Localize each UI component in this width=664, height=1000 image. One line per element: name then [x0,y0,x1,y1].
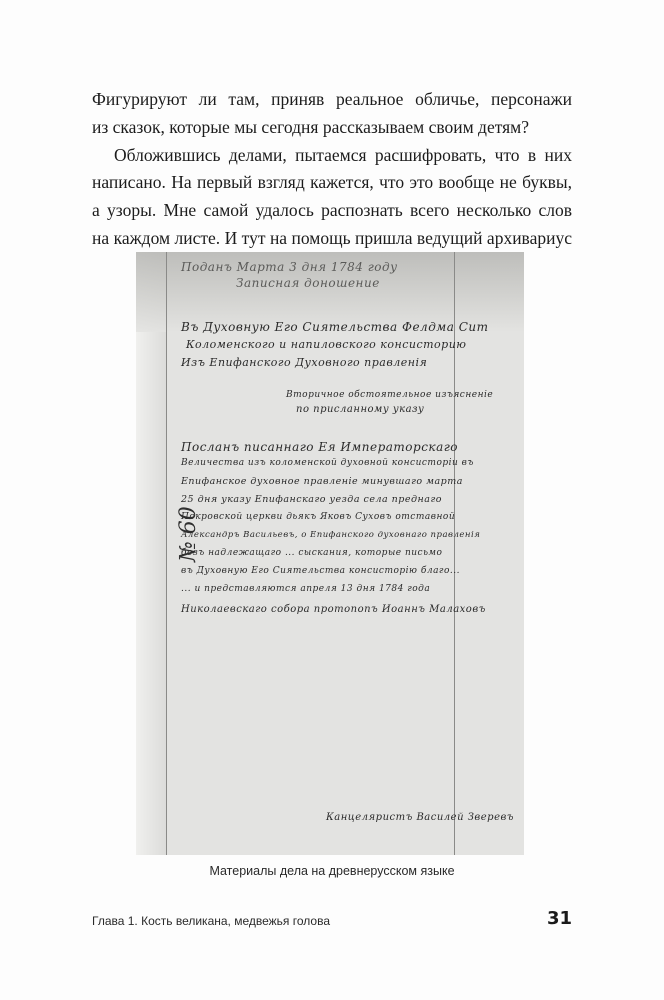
text-line: а узоры. Мне самой удалось распознать вс… [92,197,572,225]
manuscript-line: безъ надлежащаго ... сыскания, которые п… [181,548,442,558]
paper-edge [136,252,166,855]
text-line: Фигурируют ли там, приняв реальное облич… [92,86,572,114]
text-line: из сказок, которые мы сегодня рассказыва… [92,114,572,142]
manuscript-line: Покровской церкви дьякъ Яковъ Суховъ отс… [181,512,455,522]
manuscript-line: Коломенского и напиловского консисторию [186,338,467,351]
manuscript-line: по присланному указу [296,404,424,415]
manuscript-line: Посланъ писаннаго Ея Императорскаго [181,440,458,454]
manuscript-line: Николаевскаго собора протопопъ Иоаннъ Ма… [181,604,486,615]
margin-line-left [166,252,167,855]
manuscript-line: ... и представляются апреля 13 дня 1784 … [181,584,430,594]
manuscript-line: Величества изъ коломенской духовной конс… [181,458,474,468]
body-text: Фигурируют ли там, приняв реальное облич… [92,86,572,253]
text-line: Обложившись делами, пытаемся расшифроват… [92,142,572,170]
manuscript-header: Записная доношение [236,276,380,290]
manuscript-line: 25 дня указу Епифанскаго уезда села пред… [181,494,442,505]
book-page: Фигурируют ли там, приняв реальное облич… [0,0,664,1000]
figure-caption: Материалы дела на древнерусском языке [0,864,664,878]
manuscript-image: Поданъ Марта 3 дня 1784 году Записная до… [136,252,524,855]
running-footer-chapter: Глава 1. Кость великана, медвежья голова [92,914,330,928]
manuscript-line: Вторичное обстоятельное изъясненіе [286,390,493,400]
manuscript-line: Епифанское духовное правленіе минувшаго … [181,476,463,487]
manuscript-line: Александръ Васильевъ, о Епифанского духо… [181,530,480,540]
manuscript-line: въ Духовную Его Сиятельства консисторію … [181,566,460,576]
manuscript-page-number: № 60 [176,506,201,562]
manuscript-line: Въ Духовную Его Сиятельства Фелдма Сит [181,320,489,334]
manuscript-line: Изъ Епифанского Духовного правленія [181,356,427,369]
manuscript-signature: Канцеляристъ Василей Зверевъ [326,812,514,823]
manuscript-header: Поданъ Марта 3 дня 1784 году [181,260,398,274]
text-line: на каждом листе. И тут на помощь пришла … [92,225,572,253]
page-number: 31 [547,908,572,929]
text-line: написано. На первый взгляд кажется, что … [92,169,572,197]
